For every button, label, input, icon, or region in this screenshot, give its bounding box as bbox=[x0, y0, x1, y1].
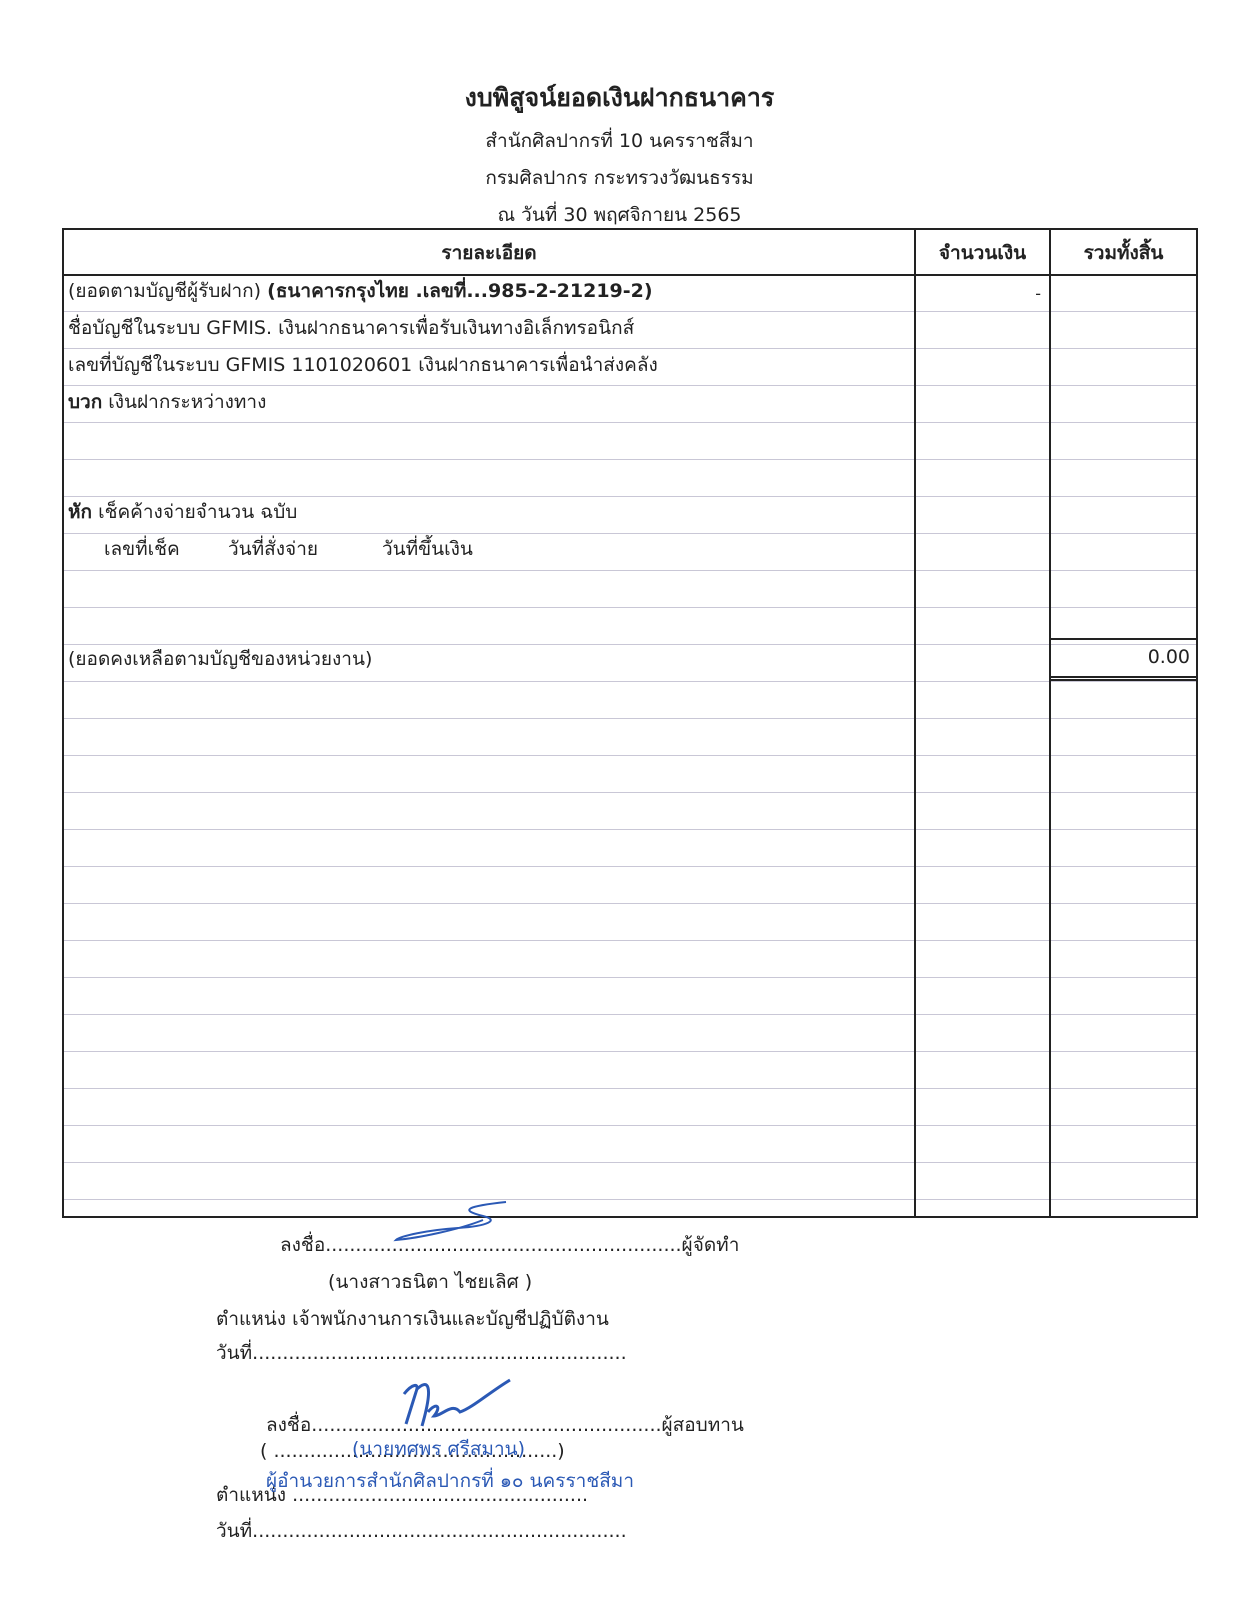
column-header-total: รวมทั้งสิ้น bbox=[1051, 238, 1196, 268]
column-divider bbox=[1049, 230, 1051, 1216]
reviewer-position: ผู้อำนวยการสำนักศิลปากรที่ ๑๐ นครราชสีมา bbox=[266, 1466, 634, 1496]
bank-balance-line: (ยอดตามบัญชีผู้รับฝาก) (ธนาคารกรุงไทย .เ… bbox=[68, 276, 653, 306]
cheque-issue-date-label: วันที่สั่งจ่าย bbox=[228, 534, 318, 564]
row-rule bbox=[64, 829, 1196, 830]
row-rule bbox=[64, 718, 1196, 719]
preparer-sign-line: ลงชื่อ..................................… bbox=[280, 1230, 739, 1260]
table-body: (ยอดตามบัญชีผู้รับฝาก) (ธนาคารกรุงไทย .เ… bbox=[64, 274, 1196, 1216]
preparer-position: ตำแหน่ง เจ้าพนักงานการเงินและบัญชีปฏิบัต… bbox=[216, 1304, 609, 1334]
column-header-amount: จำนวนเงิน bbox=[916, 238, 1049, 268]
book-balance-label: (ยอดคงเหลือตามบัญชีของหน่วยงาน) bbox=[68, 644, 372, 674]
row-rule bbox=[64, 570, 1196, 571]
row-rule bbox=[64, 866, 1196, 867]
row-rule bbox=[64, 1014, 1196, 1015]
row-rule bbox=[64, 607, 1196, 608]
add-label: บวก bbox=[68, 391, 102, 413]
row-rule bbox=[64, 348, 1196, 349]
bank-balance-label: (ยอดตามบัญชีผู้รับฝาก) bbox=[68, 280, 267, 302]
cheque-number-label: เลขที่เช็ค bbox=[104, 534, 180, 564]
row-rule bbox=[64, 792, 1196, 793]
row-rule bbox=[64, 1088, 1196, 1089]
as-of-date: ณ วันที่ 30 พฤศจิกายน 2565 bbox=[0, 200, 1239, 230]
book-balance-total: 0.00 bbox=[1148, 646, 1190, 668]
bank-name: (ธนาคารกรุงไทย .เลขที่... bbox=[267, 280, 488, 302]
row-rule bbox=[64, 1051, 1196, 1052]
preparer-name: (นางสาวธนิตา ไชยเลิศ ) bbox=[328, 1267, 532, 1297]
department-name: กรมศิลปากร กระทรวงวัฒนธรรม bbox=[0, 163, 1239, 193]
row-rule bbox=[64, 422, 1196, 423]
row-rule bbox=[64, 311, 1196, 312]
column-header-detail: รายละเอียด bbox=[64, 238, 914, 268]
cheque-clear-date-label: วันที่ขึ้นเงิน bbox=[382, 534, 473, 564]
row-rule bbox=[64, 940, 1196, 941]
table-header-row: รายละเอียด จำนวนเงิน รวมทั้งสิ้น bbox=[64, 230, 1196, 276]
office-name: สำนักศิลปากรที่ 10 นครราชสีมา bbox=[0, 126, 1239, 156]
deduct-label: หัก bbox=[68, 501, 92, 523]
column-divider bbox=[914, 230, 916, 1216]
add-line: บวก เงินฝากระหว่างทาง bbox=[68, 387, 266, 417]
row-rule bbox=[64, 1125, 1196, 1126]
row-rule bbox=[64, 459, 1196, 460]
gfmis-account-number: เลขที่บัญชีในระบบ GFMIS 1101020601 เงินฝ… bbox=[68, 350, 658, 380]
deduct-text: เช็คค้างจ่ายจำนวน ฉบับ bbox=[92, 501, 297, 523]
row-rule bbox=[64, 1199, 1196, 1200]
row-rule bbox=[64, 681, 1196, 682]
gfmis-account-name: ชื่อบัญชีในระบบ GFMIS. เงินฝากธนาคารเพื่… bbox=[68, 313, 634, 343]
book-balance-total-cell: 0.00 bbox=[1051, 638, 1196, 681]
bank-account-number: 985-2-21219-2) bbox=[488, 280, 653, 302]
row-rule bbox=[64, 755, 1196, 756]
row-rule bbox=[64, 977, 1196, 978]
row-rule bbox=[64, 385, 1196, 386]
row-rule bbox=[64, 1162, 1196, 1163]
reviewer-date-line: วันที่..................................… bbox=[216, 1516, 627, 1546]
row-rule bbox=[64, 903, 1196, 904]
reconciliation-table: รายละเอียด จำนวนเงิน รวมทั้งสิ้น (ยอดตาม… bbox=[62, 228, 1198, 1218]
add-text: เงินฝากระหว่างทาง bbox=[102, 391, 266, 413]
preparer-date-line: วันที่..................................… bbox=[216, 1338, 627, 1368]
reviewer-name: (นายทศพร ศรีสมาน) bbox=[352, 1434, 525, 1464]
document-title: งบพิสูจน์ยอดเงินฝากธนาคาร bbox=[0, 78, 1239, 118]
deduct-line: หัก เช็คค้างจ่ายจำนวน ฉบับ bbox=[68, 497, 297, 527]
bank-balance-amount: - bbox=[916, 284, 1041, 303]
